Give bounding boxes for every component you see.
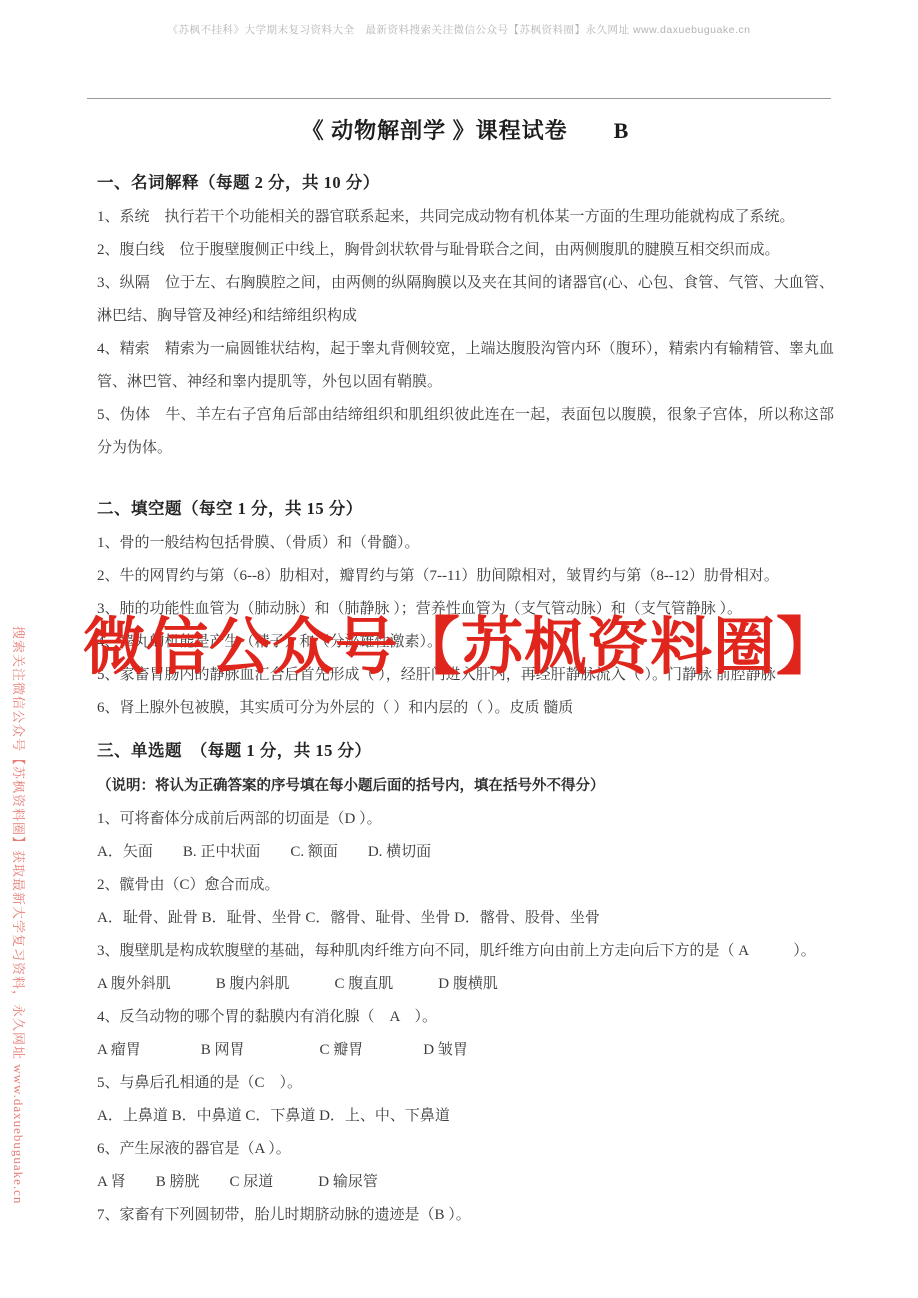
left-vertical-watermark: 搜索关注微信公众号【苏枫资料圈】获取最新大学复习资料，永久网址 www.daxu… xyxy=(10,626,29,1204)
mcq-question: 3、腹壁肌是构成软腹壁的基础，每种肌肉纤维方向不同，肌纤维方向由前上方走向后下方… xyxy=(97,935,834,968)
fill-blank-item: 5、家畜胃肠内的静脉血汇合后首先形成（ ），经肝门进入肝内，再经肝静脉流入（ ）… xyxy=(97,659,834,692)
mcq-question: 5、与鼻后孔相通的是（C ）。 xyxy=(97,1067,834,1100)
section3-heading: 三、单选题 （每题 1 分，共 15 分） xyxy=(97,737,834,761)
fill-blank-item: 3、肺的功能性血管为（肺动脉）和（肺静脉 ）；营养性血管为（支气管动脉）和（支气… xyxy=(97,593,834,626)
mcq-options: A 瘤胃 B 网胃 C 瓣胃 D 皱胃 xyxy=(97,1034,834,1067)
mcq-options: A 腹外斜肌 B 腹内斜肌 C 腹直肌 D 腹横肌 xyxy=(97,968,834,1001)
mcq-question: 7、家畜有下列圆韧带，胎儿时期脐动脉的遗迹是（B ）。 xyxy=(97,1199,834,1232)
definition-item: 1、系统 执行若干个功能相关的器官联系起来，共同完成动物有机体某一方面的生理功能… xyxy=(97,201,834,234)
fill-blank-item: 6、肾上腺外包被膜，其实质可分为外层的（ ）和内层的（ ）。皮质 髓质 xyxy=(97,692,834,725)
mcq-options: A．矢面 B. 正中状面 C. 额面 D. 横切面 xyxy=(97,836,834,869)
section2-heading: 二、填空题（每空 1 分，共 15 分） xyxy=(97,495,834,519)
mcq-options: A．上鼻道 B．中鼻道 C．下鼻道 D．上、中、下鼻道 xyxy=(97,1100,834,1133)
fill-blank-item: 1、骨的一般结构包括骨膜、（骨质）和（骨髓）。 xyxy=(97,527,834,560)
fill-blank-item: 4、睾丸的机能是产生（精子）和（分泌雄性激素）。 xyxy=(97,626,834,659)
mcq-question: 4、反刍动物的哪个胃的黏膜内有消化腺（ A ）。 xyxy=(97,1001,834,1034)
section3-instruction: （说明：将认为正确答案的序号填在每小题后面的括号内，填在括号外不得分） xyxy=(97,769,834,803)
definition-item: 2、腹白线 位于腹壁腹侧正中线上，胸骨剑状软骨与耻骨联合之间，由两侧腹肌的腱膜互… xyxy=(97,234,834,267)
paper-title: 《 动物解剖学 》课程试卷 B xyxy=(97,114,834,145)
section1-heading: 一、名词解释（每题 2 分，共 10 分） xyxy=(97,169,834,193)
header-divider xyxy=(87,98,831,99)
definition-item: 3、纵隔 位于左、右胸膜腔之间，由两侧的纵隔胸膜以及夹在其间的诸器官(心、心包、… xyxy=(97,267,834,333)
fill-blank-item: 2、牛的网胃约与第（6--8）肋相对，瓣胃约与第（7--11）肋间隙相对，皱胃约… xyxy=(97,560,834,593)
mcq-options: A．耻骨、趾骨 B．耻骨、坐骨 C．髂骨、耻骨、坐骨 D．髂骨、股骨、坐骨 xyxy=(97,902,834,935)
mcq-question: 2、髋骨由（C）愈合而成。 xyxy=(97,869,834,902)
exam-paper-page: 《苏枫不挂科》大学期末复习资料大全 最新资料搜索关注微信公众号【苏枫资料圈】永久… xyxy=(0,0,918,1298)
mcq-question: 6、产生尿液的器官是（A ）。 xyxy=(97,1133,834,1166)
definition-item: 4、精索 精索为一扁圆锥状结构，起于睾丸背侧较宽，上端达腹股沟管内环（腹环），精… xyxy=(97,333,834,399)
mcq-options: A 肾 B 膀胱 C 尿道 D 输尿管 xyxy=(97,1166,834,1199)
mcq-question: 1、可将畜体分成前后两部的切面是（D ）。 xyxy=(97,803,834,836)
document-body: 《 动物解剖学 》课程试卷 B 一、名词解释（每题 2 分，共 10 分） 1、… xyxy=(97,106,834,1232)
definition-item: 5、伪体 牛、羊左右子宫角后部由结缔组织和肌组织彼此连在一起，表面包以腹膜，很象… xyxy=(97,399,834,465)
top-site-notice: 《苏枫不挂科》大学期末复习资料大全 最新资料搜索关注微信公众号【苏枫资料圈】永久… xyxy=(0,22,918,37)
